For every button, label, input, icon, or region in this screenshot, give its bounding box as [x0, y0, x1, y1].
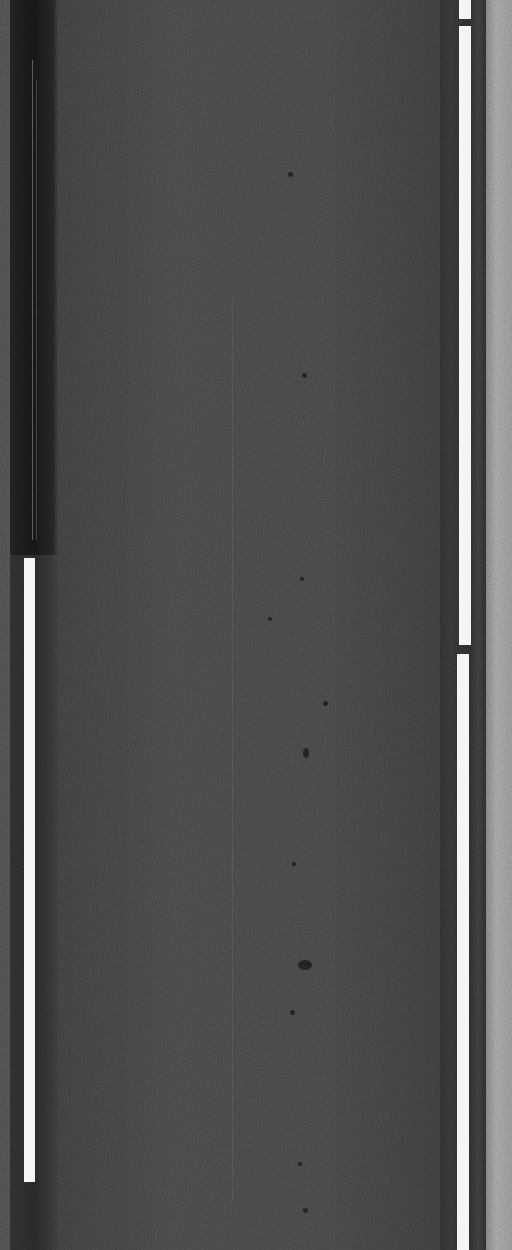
asphalt-seam [232, 300, 233, 1200]
road-spot [292, 862, 296, 866]
road-spot [303, 1208, 308, 1213]
left-upper-dark-band [10, 0, 58, 555]
road-spot [300, 577, 304, 581]
right-lane-marking [457, 654, 469, 1250]
road-spot [323, 701, 328, 706]
concrete-curb [486, 0, 512, 1250]
road-surface-image [0, 0, 512, 1250]
asphalt-lane [58, 0, 443, 1250]
left-faint-line [32, 60, 33, 540]
left-faint-line [36, 80, 37, 540]
left-lane-marking [24, 558, 35, 1182]
road-spot [268, 617, 272, 621]
road-spot [298, 1162, 302, 1166]
road-spot [290, 1010, 295, 1015]
road-stain [298, 960, 312, 970]
road-spot [288, 172, 293, 177]
right-lane-marking [459, 26, 471, 645]
right-lane-marking [459, 0, 471, 19]
road-spot [303, 748, 309, 758]
road-spot [302, 373, 307, 378]
